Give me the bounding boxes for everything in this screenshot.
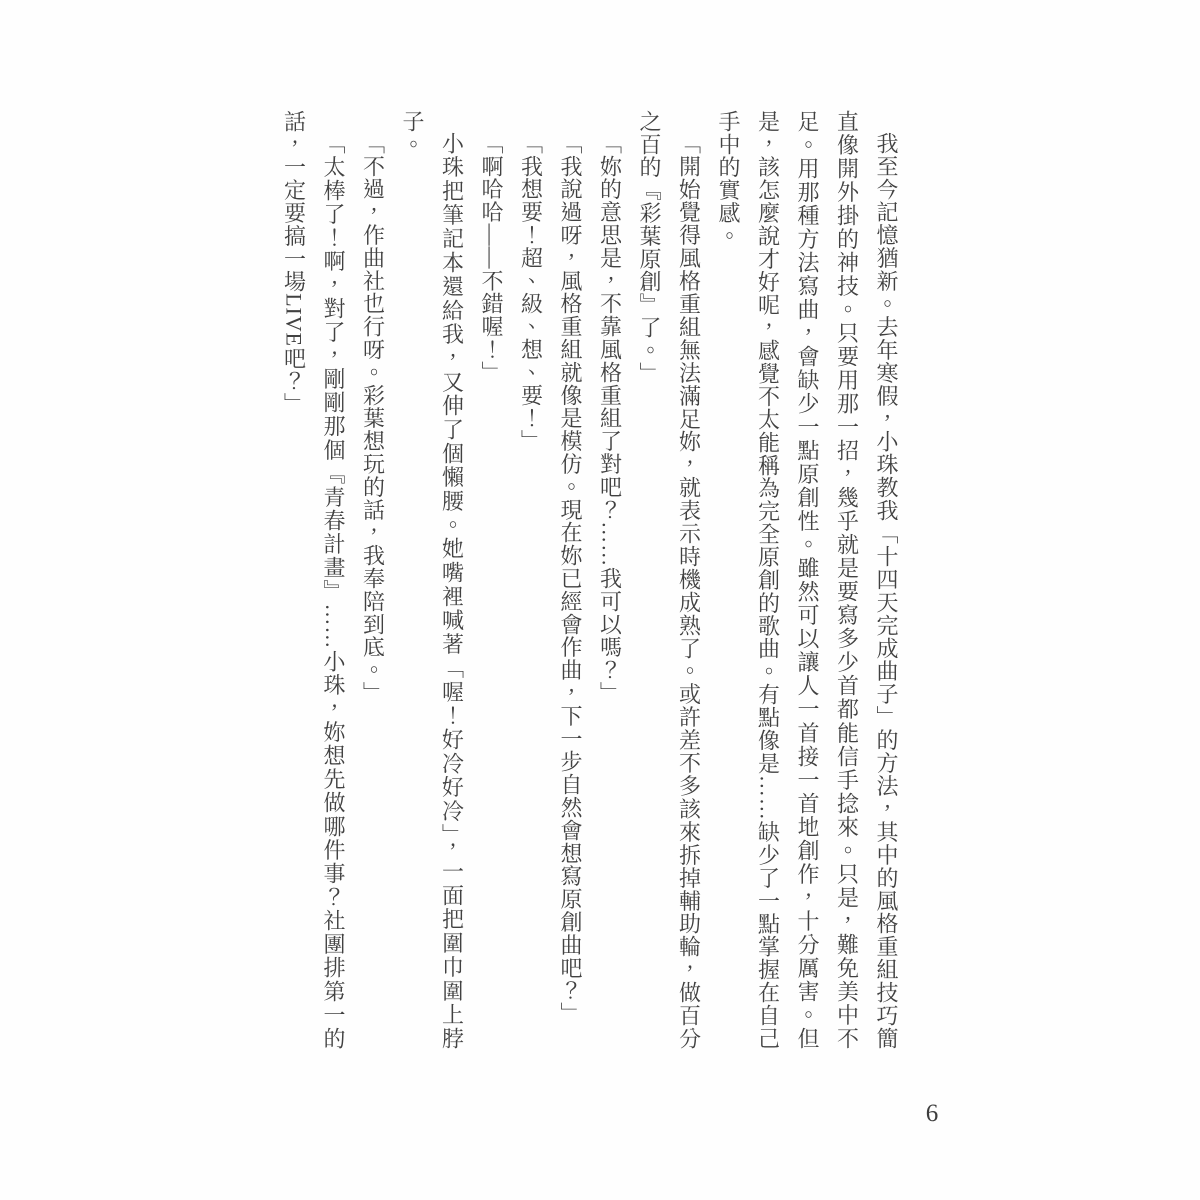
paragraph-dialogue-1: 「開始覺得風格重組無法滿足妳，就表示時機成熟了。或許差不多該來拆掉輔助輪，做百分…	[630, 110, 709, 1050]
paragraph-dialogue-6: 「不過，作曲社也行呀。彩葉想玩的話，我奉陪到底。」	[353, 110, 393, 1050]
paragraph-dialogue-7: 「太棒了！啊，對了，剛剛那個『青春計畫』……小珠，妳想先做哪件事？社團排第一的話…	[274, 110, 353, 1050]
paragraph-dialogue-5: 「啊哈哈——不錯喔！」	[472, 110, 512, 1050]
body-text: 我至今記憶猶新。去年寒假，小珠教我「十四天完成曲子」的方法，其中的風格重組技巧簡…	[281, 110, 906, 1050]
paragraph-dialogue-4: 「我想要！超、級、想、要！」	[511, 110, 551, 1050]
paragraph-dialogue-2: 「妳的意思是，不靠風格重組了對吧？……我可以嗎？」	[590, 110, 630, 1050]
paragraph-narration-1: 我至今記憶猶新。去年寒假，小珠教我「十四天完成曲子」的方法，其中的風格重組技巧簡…	[709, 110, 907, 1050]
book-page: 我至今記憶猶新。去年寒假，小珠教我「十四天完成曲子」的方法，其中的風格重組技巧簡…	[0, 0, 1200, 1200]
paragraph-narration-2: 小珠把筆記本還給我，又伸了個懶腰。她嘴裡喊著「喔！好冷好冷」，一面把圍巾圍上脖子…	[393, 110, 472, 1050]
paragraph-dialogue-3: 「我說過呀，風格重組就像是模仿。現在妳已經會作曲，下一步自然會想寫原創曲吧？」	[551, 110, 591, 1050]
page-number: 6	[918, 1100, 946, 1128]
